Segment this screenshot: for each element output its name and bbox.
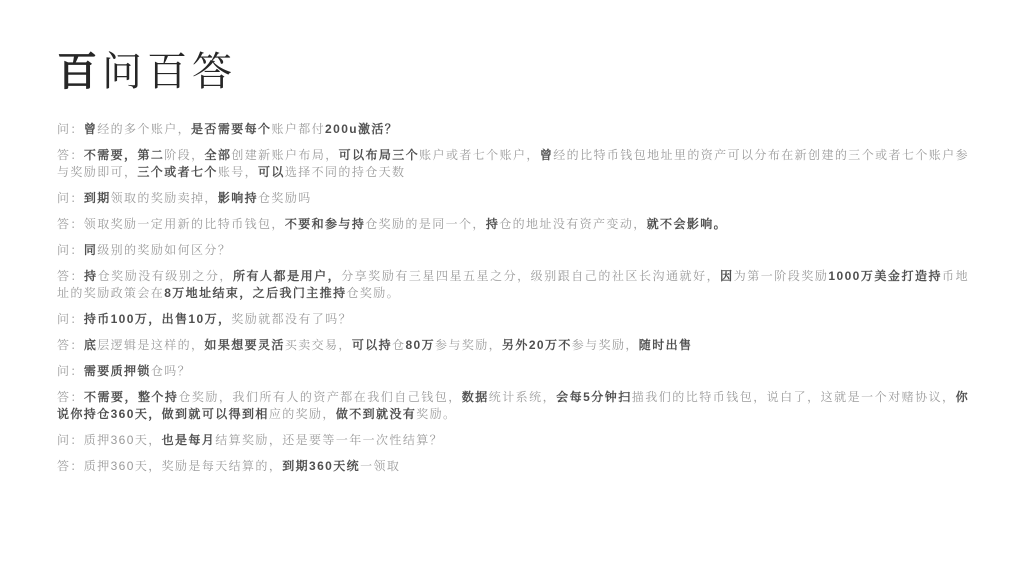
emphasis-text: 所有人都是用户， bbox=[233, 269, 341, 283]
emphasis-text: 80万 bbox=[405, 338, 435, 352]
body-text: 一领取 bbox=[360, 459, 400, 473]
body-text: 统计系统， bbox=[489, 390, 556, 404]
body-text: 问： bbox=[57, 312, 84, 326]
emphasis-text: 持币100万，出售10万， bbox=[84, 312, 232, 326]
qa-answer: 答：不需要，整个持仓奖励，我们所有人的资产都在我们自己钱包，数据统计系统，会每5… bbox=[57, 389, 969, 423]
emphasis-text: 随时出售 bbox=[639, 338, 693, 352]
qa-list: 问：曾经的多个账户，是否需要每个账户都付200u激活？答：不需要，第二阶段，全部… bbox=[57, 121, 969, 475]
qa-question: 问：需要质押锁仓吗？ bbox=[57, 363, 969, 380]
body-text: 仓的地址没有资产变动， bbox=[499, 217, 646, 231]
body-text: 阶段， bbox=[164, 148, 204, 162]
qa-question: 问：质押360天，也是每月结算奖励，还是要等一年一次性结算？ bbox=[57, 432, 969, 449]
qa-question: 问：曾经的多个账户，是否需要每个账户都付200u激活？ bbox=[57, 121, 969, 138]
body-text: 级别的奖励如何区分？ bbox=[97, 243, 231, 257]
body-text: 问：质押360天， bbox=[57, 433, 162, 447]
body-text: 层逻辑是这样的， bbox=[97, 338, 204, 352]
qa-answer: 答：质押360天，奖励是每天结算的，到期360天统一领取 bbox=[57, 458, 969, 475]
body-text: 答： bbox=[57, 390, 84, 404]
emphasis-text: 200u激活？ bbox=[325, 122, 398, 136]
emphasis-text: 不需要，整个持 bbox=[84, 390, 178, 404]
body-text: 参与奖励， bbox=[572, 338, 639, 352]
emphasis-text: 是否需要每个 bbox=[191, 122, 271, 136]
emphasis-text: 数据 bbox=[462, 390, 489, 404]
emphasis-text: 1000万美金打造持 bbox=[828, 269, 942, 283]
body-text: 应的奖励， bbox=[269, 407, 336, 421]
emphasis-text: 可以 bbox=[258, 165, 285, 179]
body-text: 仓奖励没有级别之分， bbox=[98, 269, 233, 283]
emphasis-text: 底 bbox=[84, 338, 97, 352]
emphasis-text: 也是每月 bbox=[162, 433, 216, 447]
qa-answer: 答：持仓奖励没有级别之分，所有人都是用户，分享奖励有三星四星五星之分，级别跟自己… bbox=[57, 268, 969, 302]
body-text: 分享奖励有三星四星五星之分，级别跟自己的社区长沟通就好， bbox=[341, 269, 720, 283]
emphasis-text: 三个或者七个 bbox=[137, 165, 217, 179]
emphasis-text: 可以布局三个 bbox=[339, 148, 419, 162]
body-text: 账号， bbox=[218, 165, 258, 179]
body-text: 答： bbox=[57, 269, 84, 283]
body-text: 答： bbox=[57, 148, 84, 162]
emphasis-text: 曾 bbox=[84, 122, 97, 136]
body-text: 选择不同的持仓天数 bbox=[285, 165, 406, 179]
body-text: 答：质押360天，奖励是每天结算的， bbox=[57, 459, 282, 473]
body-text: 问： bbox=[57, 122, 84, 136]
qa-question: 问：到期领取的奖励卖掉，影响持仓奖励吗 bbox=[57, 190, 969, 207]
page-title: 百问百答 bbox=[57, 50, 967, 94]
body-text: 创建新账户布局， bbox=[231, 148, 338, 162]
emphasis-text: 到期 bbox=[84, 191, 111, 205]
body-text: 领取的奖励卖掉， bbox=[111, 191, 218, 205]
body-text: 问： bbox=[57, 191, 84, 205]
qa-question: 问：持币100万，出售10万，奖励就都没有了吗？ bbox=[57, 311, 969, 328]
body-text: 仓奖励。 bbox=[346, 286, 400, 300]
emphasis-text: 曾 bbox=[540, 148, 553, 162]
body-text: 参与奖励， bbox=[435, 338, 502, 352]
emphasis-text: 8万地址结束，之后我门主推持 bbox=[164, 286, 346, 300]
emphasis-text: 需要质押锁 bbox=[84, 364, 151, 378]
qa-question: 问：同级别的奖励如何区分？ bbox=[57, 242, 969, 259]
emphasis-text: 持 bbox=[84, 269, 98, 283]
body-text: 问： bbox=[57, 364, 84, 378]
body-text: 仓奖励，我们所有人的资产都在我们自己钱包， bbox=[178, 390, 461, 404]
emphasis-text: 做不到就没有 bbox=[336, 407, 416, 421]
body-text: 仓吗？ bbox=[151, 364, 191, 378]
qa-answer: 答：不需要，第二阶段，全部创建新账户布局，可以布局三个账户或者七个账户，曾经的比… bbox=[57, 147, 969, 181]
emphasis-text: 不需要，第二 bbox=[84, 148, 164, 162]
body-text: 问： bbox=[57, 243, 84, 257]
emphasis-text: 就不会影响。 bbox=[647, 217, 727, 231]
emphasis-text: 另外20万不 bbox=[502, 338, 572, 352]
body-text: 奖励就都没有了吗？ bbox=[231, 312, 352, 326]
body-text: 账户都付 bbox=[271, 122, 325, 136]
page-title-bold-char: 百 bbox=[57, 50, 102, 94]
emphasis-text: 不要和参与持 bbox=[285, 217, 365, 231]
body-text: 仓奖励吗 bbox=[258, 191, 312, 205]
body-text: 仓 bbox=[392, 338, 405, 352]
qa-slide: 百问百答 问：曾经的多个账户，是否需要每个账户都付200u激活？答：不需要，第二… bbox=[0, 0, 1024, 574]
body-text: 答：领取奖励一定用新的比特币钱包， bbox=[57, 217, 285, 231]
qa-answer: 答：底层逻辑是这样的，如果想要灵活买卖交易，可以持仓80万参与奖励，另外20万不… bbox=[57, 337, 969, 354]
body-text: 经的多个账户， bbox=[97, 122, 191, 136]
emphasis-text: 如果想要灵活 bbox=[204, 338, 284, 352]
emphasis-text: 可以持 bbox=[352, 338, 392, 352]
body-text: 为第一阶段奖励 bbox=[734, 269, 829, 283]
body-text: 仓奖励的是同一个， bbox=[365, 217, 486, 231]
emphasis-text: 持 bbox=[486, 217, 499, 231]
body-text: 奖励。 bbox=[416, 407, 456, 421]
emphasis-text: 因 bbox=[720, 269, 734, 283]
body-text: 描我们的比特币钱包，说白了，这就是一个对赌协议， bbox=[632, 390, 956, 404]
page-title-regular-chars: 问百答 bbox=[102, 50, 237, 94]
emphasis-text: 全部 bbox=[205, 148, 232, 162]
body-text: 结算奖励，还是要等一年一次性结算？ bbox=[215, 433, 443, 447]
body-text: 答： bbox=[57, 338, 84, 352]
emphasis-text: 影响持 bbox=[218, 191, 258, 205]
emphasis-text: 到期360天统 bbox=[282, 459, 360, 473]
emphasis-text: 同 bbox=[84, 243, 97, 257]
body-text: 买卖交易， bbox=[285, 338, 352, 352]
emphasis-text: 会每5分钟扫 bbox=[556, 390, 632, 404]
qa-answer: 答：领取奖励一定用新的比特币钱包，不要和参与持仓奖励的是同一个，持仓的地址没有资… bbox=[57, 216, 969, 233]
body-text: 账户或者七个账户， bbox=[419, 148, 540, 162]
